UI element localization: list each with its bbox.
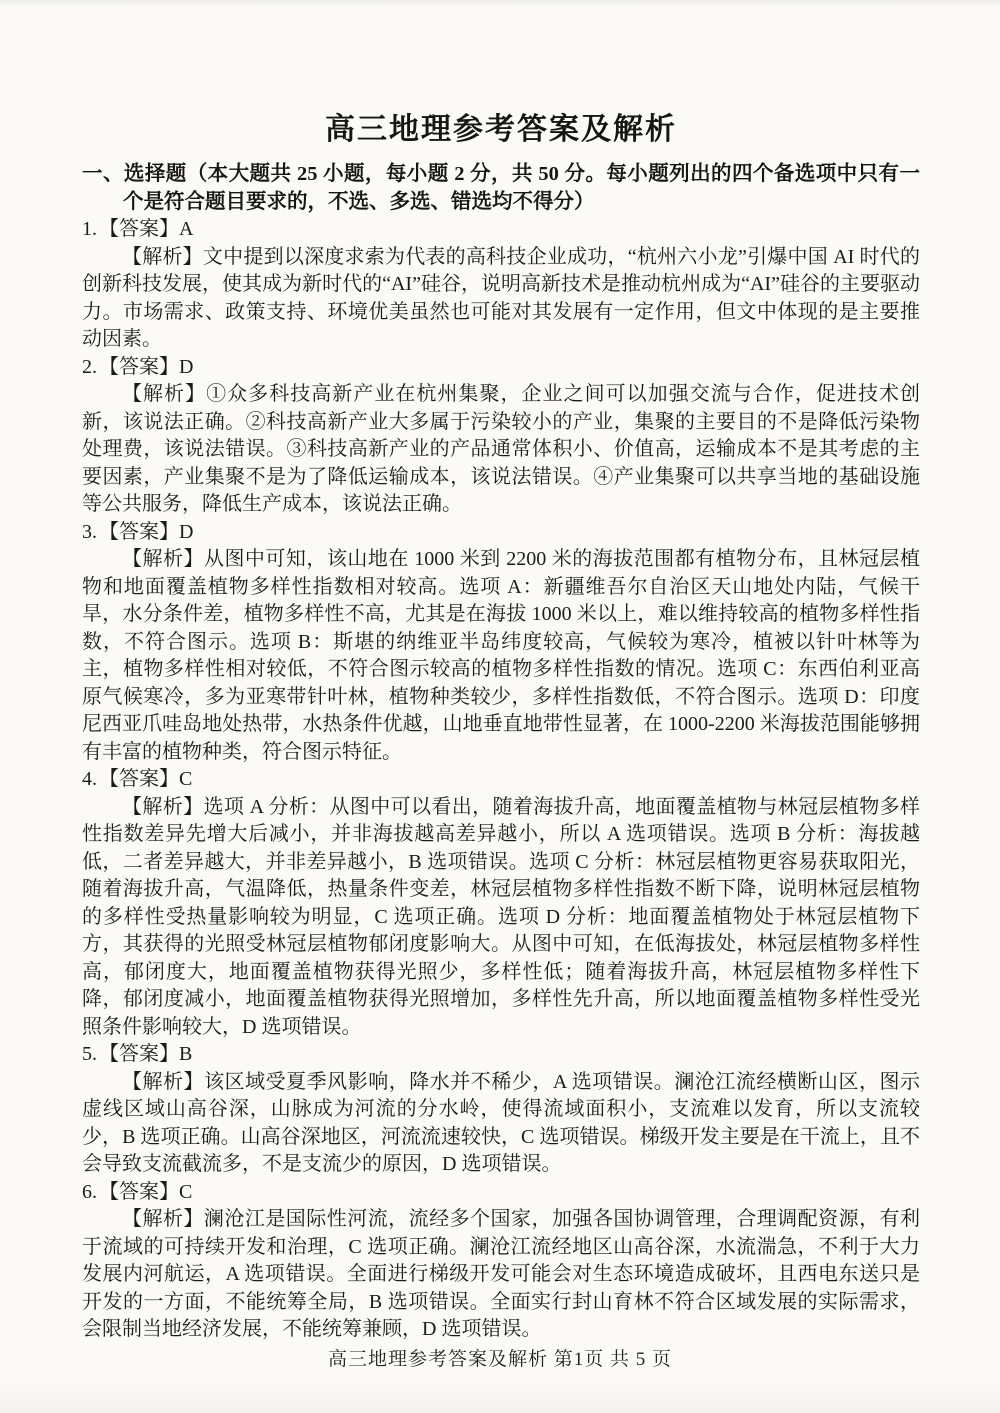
analysis-label: 【解析】 bbox=[122, 796, 204, 818]
answer-letter: C bbox=[179, 1181, 192, 1203]
analysis-text: ①众多科技高新产业在杭州集聚，企业之间可以加强交流与合作，促进技术创新，该说法正… bbox=[82, 383, 920, 515]
question-number: 1. bbox=[82, 218, 99, 240]
answer-letter: D bbox=[179, 521, 193, 543]
question-number: 2. bbox=[82, 356, 99, 378]
question-2-block: 2.【答案】D 【解析】①众多科技高新产业在杭州集聚，企业之间可以加强交流与合作… bbox=[82, 354, 920, 519]
analysis-paragraph: 【解析】澜沧江是国际性河流，流经多个国家，加强各国协调管理，合理调配资源，有利于… bbox=[82, 1206, 920, 1344]
analysis-label: 【解析】 bbox=[122, 548, 204, 570]
answer-line: 2.【答案】D bbox=[82, 354, 920, 382]
answer-list: 1.【答案】A 【解析】文中提到以深度求索为代表的高科技企业成功，“杭州六小龙”… bbox=[82, 216, 920, 1344]
analysis-text: 澜沧江是国际性河流，流经多个国家，加强各国协调管理，合理调配资源，有利于流域的可… bbox=[82, 1208, 920, 1340]
analysis-text: 文中提到以深度求索为代表的高科技企业成功，“杭州六小龙”引爆中国 AI 时代的创… bbox=[82, 246, 920, 351]
analysis-paragraph: 【解析】从图中可知，该山地在 1000 米到 2200 米的海拔范围都有植物分布… bbox=[82, 546, 920, 766]
question-number: 4. bbox=[82, 768, 99, 790]
analysis-paragraph: 【解析】文中提到以深度求索为代表的高科技企业成功，“杭州六小龙”引爆中国 AI … bbox=[82, 244, 920, 354]
question-number: 5. bbox=[82, 1043, 99, 1065]
answer-label: 【答案】 bbox=[99, 356, 179, 378]
answer-line: 3.【答案】D bbox=[82, 519, 920, 547]
analysis-paragraph: 【解析】该区域受夏季风影响，降水并不稀少，A 选项错误。澜沧江流经横断山区，图示… bbox=[82, 1069, 920, 1179]
section-heading: 一、选择题（本大题共 25 小题，每小题 2 分，共 50 分。每小题列出的四个… bbox=[82, 160, 920, 216]
answer-line: 6.【答案】C bbox=[82, 1179, 920, 1207]
analysis-label: 【解析】 bbox=[122, 246, 203, 268]
analysis-paragraph: 【解析】选项 A 分析：从图中可以看出，随着海拔升高，地面覆盖植物与林冠层植物多… bbox=[82, 794, 920, 1042]
answer-label: 【答案】 bbox=[99, 1181, 179, 1203]
question-3-block: 3.【答案】D 【解析】从图中可知，该山地在 1000 米到 2200 米的海拔… bbox=[82, 519, 920, 767]
analysis-text: 选项 A 分析：从图中可以看出，随着海拔升高，地面覆盖植物与林冠层植物多样性指数… bbox=[82, 796, 920, 1038]
question-5-block: 5.【答案】B 【解析】该区域受夏季风影响，降水并不稀少，A 选项错误。澜沧江流… bbox=[82, 1041, 920, 1179]
question-1-block: 1.【答案】A 【解析】文中提到以深度求索为代表的高科技企业成功，“杭州六小龙”… bbox=[82, 216, 920, 354]
question-number: 3. bbox=[82, 521, 99, 543]
analysis-text: 从图中可知，该山地在 1000 米到 2200 米的海拔范围都有植物分布，且林冠… bbox=[82, 548, 920, 763]
question-4-block: 4.【答案】C 【解析】选项 A 分析：从图中可以看出，随着海拔升高，地面覆盖植… bbox=[82, 766, 920, 1041]
question-number: 6. bbox=[82, 1181, 99, 1203]
document-page: 高三地理参考答案及解析 一、选择题（本大题共 25 小题，每小题 2 分，共 5… bbox=[0, 0, 1000, 1413]
answer-letter: C bbox=[179, 768, 192, 790]
answer-label: 【答案】 bbox=[99, 218, 179, 240]
answer-letter: A bbox=[179, 218, 193, 240]
answer-label: 【答案】 bbox=[99, 1043, 179, 1065]
analysis-paragraph: 【解析】①众多科技高新产业在杭州集聚，企业之间可以加强交流与合作，促进技术创新，… bbox=[82, 381, 920, 519]
analysis-label: 【解析】 bbox=[122, 383, 206, 405]
answer-line: 5.【答案】B bbox=[82, 1041, 920, 1069]
analysis-label: 【解析】 bbox=[122, 1208, 204, 1230]
question-6-block: 6.【答案】C 【解析】澜沧江是国际性河流，流经多个国家，加强各国协调管理，合理… bbox=[82, 1179, 920, 1344]
analysis-text: 该区域受夏季风影响，降水并不稀少，A 选项错误。澜沧江流经横断山区，图示虚线区域… bbox=[82, 1071, 920, 1176]
answer-letter: D bbox=[179, 356, 193, 378]
analysis-label: 【解析】 bbox=[122, 1071, 204, 1093]
page-footer: 高三地理参考答案及解析 第1页 共 5 页 bbox=[0, 1344, 1000, 1371]
answer-line: 4.【答案】C bbox=[82, 766, 920, 794]
answer-line: 1.【答案】A bbox=[82, 216, 920, 244]
page-title: 高三地理参考答案及解析 bbox=[82, 104, 920, 148]
answer-label: 【答案】 bbox=[99, 521, 179, 543]
answer-letter: B bbox=[179, 1043, 192, 1065]
answer-label: 【答案】 bbox=[99, 768, 179, 790]
